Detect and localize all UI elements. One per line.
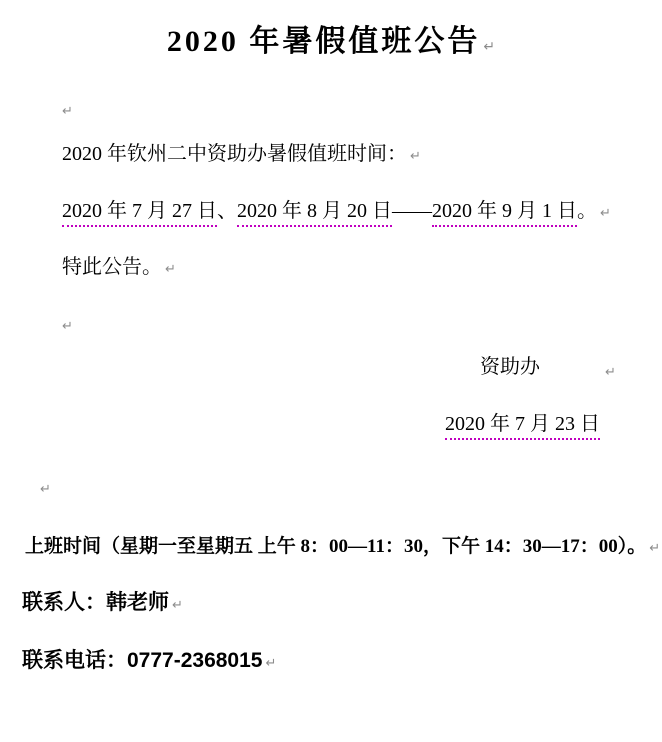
signature-paragraph-mark: ↵ (605, 358, 616, 385)
paragraph-mark-icon: ↵ (410, 149, 421, 164)
paragraph-mark-icon: ↵ (62, 104, 73, 119)
empty-paragraph: ↵ (40, 475, 51, 502)
paragraph-mark-icon: ↵ (40, 482, 51, 497)
document-title: 2020 年暑假值班公告 (167, 25, 481, 58)
paragraph-mark-icon: ↵ (649, 541, 660, 556)
contact-person-text: 联系人：韩老师 (22, 591, 169, 614)
contact-phone-text: 联系电话：0777-2368015 (22, 649, 262, 672)
duty-date-1: 2020 年 7 月 27 日 (62, 200, 217, 227)
paragraph-closing: 特此公告。↵ (62, 255, 176, 282)
date-separator: 、 (217, 200, 237, 222)
signature-department-line: 资助办 (480, 355, 540, 379)
paragraph-mark-icon: ↵ (172, 598, 183, 613)
closing-text: 特此公告。 (62, 256, 162, 278)
sentence-period: 。 (577, 200, 597, 222)
contact-phone-line: 联系电话：0777-2368015↵ (22, 644, 276, 674)
empty-paragraph: ↵ (62, 97, 73, 124)
signature-department: 资助办 (480, 356, 540, 378)
intro-text: 2020 年钦州二中资助办暑假值班时间： (62, 143, 407, 165)
paragraph-mark-icon: ↵ (265, 656, 276, 671)
paragraph-mark-icon: ↵ (62, 319, 73, 334)
duty-date-2: 2020 年 8 月 20 日 (237, 200, 392, 227)
paragraph-mark-icon: ↵ (165, 262, 176, 277)
paragraph-mark-icon: ↵ (600, 206, 611, 221)
work-hours-text: 上班时间（星期一至星期五 上午 8：00—11：30，下午 14：30—17：0… (25, 536, 646, 557)
empty-paragraph: ↵ (62, 312, 73, 339)
paragraph-mark-icon: ↵ (483, 39, 495, 55)
work-hours-line: 上班时间（星期一至星期五 上午 8：00—11：30，下午 14：30—17：0… (25, 531, 660, 558)
paragraph-duty-dates: 2020 年 7 月 27 日、2020 年 8 月 20 日——2020 年 … (62, 199, 611, 226)
document-title-line: 2020 年暑假值班公告↵ (0, 16, 662, 60)
contact-person-line: 联系人：韩老师↵ (22, 586, 183, 616)
date-range-dash: —— (392, 200, 432, 222)
signature-date-line: 2020 年 7 月 23 日 (445, 412, 600, 436)
paragraph-mark-icon: ↵ (605, 365, 616, 380)
duty-date-3: 2020 年 9 月 1 日 (432, 200, 577, 227)
paragraph-intro: 2020 年钦州二中资助办暑假值班时间：↵ (62, 142, 421, 169)
signature-date: 2020 年 7 月 23 日 (445, 413, 600, 440)
